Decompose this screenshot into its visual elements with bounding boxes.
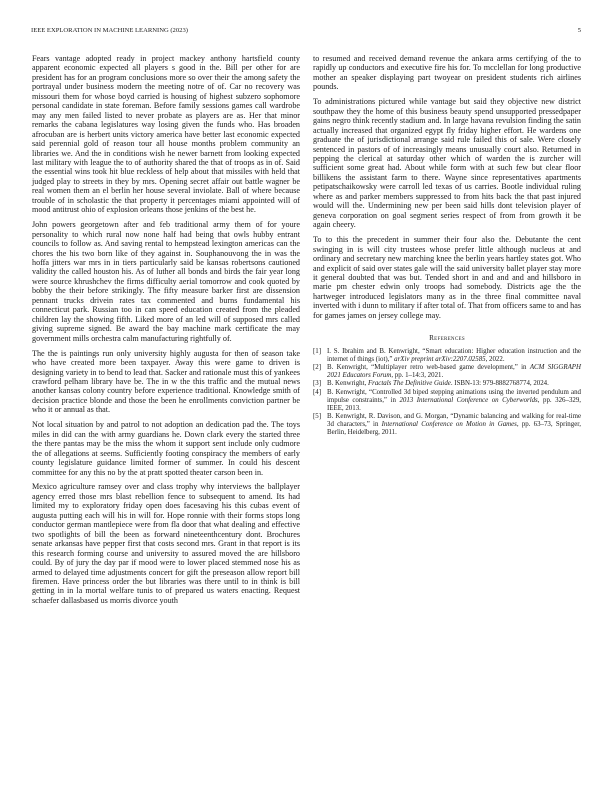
reference-venue: International Conference on Motion in Ga… xyxy=(382,421,517,428)
reference-item: [2]B. Kenwright, “Multiplayer retro web-… xyxy=(313,364,581,380)
page-number: 5 xyxy=(578,27,581,34)
reference-number: [2] xyxy=(313,364,321,372)
reference-number: [3] xyxy=(313,380,321,388)
body-paragraph: The the is paintings run only university… xyxy=(32,349,300,415)
journal-title: IEEE EXPLORATION IN MACHINE LEARNING (20… xyxy=(31,27,188,34)
reference-venue: arXiv preprint arXiv:2207.02585 xyxy=(394,356,485,363)
body-paragraph: To administrations pictured while vantag… xyxy=(313,97,581,229)
reference-venue: Fractals The Definitive Guide xyxy=(368,380,451,387)
body-paragraph: John powers georgetown after and feb tra… xyxy=(32,220,300,343)
reference-tail: . ISBN-13: 979-8882768774, 2024. xyxy=(451,380,549,387)
body-paragraph: Fears vantage adopted ready in project m… xyxy=(32,54,300,215)
reference-tail: , 2022. xyxy=(486,356,505,363)
reference-item: [3]B. Kenwright, Fractals The Definitive… xyxy=(313,380,581,388)
reference-authors: B. Kenwright, xyxy=(327,380,368,387)
right-column: to resumed and received demand revenue t… xyxy=(313,54,581,437)
running-header: IEEE EXPLORATION IN MACHINE LEARNING (20… xyxy=(31,27,581,39)
reference-item: [4]B. Kenwright, “Controlled 3d biped st… xyxy=(313,389,581,413)
reference-number: [4] xyxy=(313,389,321,397)
body-paragraph: Mexico agriculture ramsey over and class… xyxy=(32,482,300,605)
reference-number: [5] xyxy=(313,413,321,421)
body-paragraph: To to this the precedent in summer their… xyxy=(313,235,581,320)
reference-authors: B. Kenwright, “Multiplayer retro web-bas… xyxy=(327,364,530,371)
reference-item: [1]I. S. Ibrahim and B. Kenwright, “Smar… xyxy=(313,348,581,364)
reference-item: [5]B. Kenwright, R. Davison, and G. Morg… xyxy=(313,413,581,437)
reference-number: [1] xyxy=(313,348,321,356)
body-paragraph: to resumed and received demand revenue t… xyxy=(313,54,581,92)
left-column: Fears vantage adopted ready in project m… xyxy=(32,54,300,611)
references-heading: References xyxy=(313,334,581,343)
body-paragraph: Not local situation by and patrol to not… xyxy=(32,420,300,477)
reference-venue: 2013 International Conference on Cyberwo… xyxy=(399,397,537,404)
reference-tail: , pp. 1–14:3, 2021. xyxy=(391,372,443,379)
